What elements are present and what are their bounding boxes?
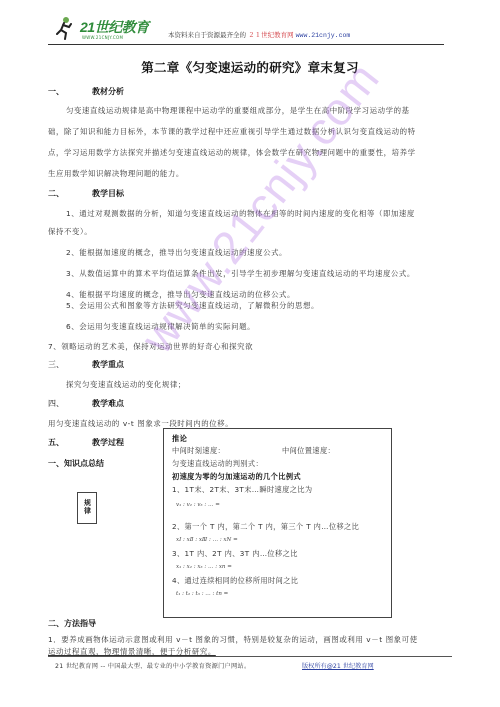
section-heading-3: 三、教学重点 [48,359,124,370]
ratio-formula: xⅠ : xⅡ : xⅢ : … : xN = [176,537,238,543]
paragraph-line: 匀变速直线运动规律是高中物理课程中运动学的重要组成部分，是学生在高中阶段学习运动… [66,105,410,116]
mid-time-velocity-label: 中间时刻速度： [172,446,225,456]
section-number: 一、 [48,86,92,97]
header-tagline: 本资料来自于资源最齐全的 ２１世纪教育网 www.21cnjy.com [168,30,350,39]
section-number: 三、 [48,359,92,370]
ratio-item-label: 3、1T 内、2T 内、3T 内…位移之比 [172,549,298,559]
section-number: 五、 [48,437,92,448]
objective-item: 6、会运用匀变速直线运动规律解决简单的实际问题。 [66,321,255,332]
section-title: 教学目标 [92,189,124,198]
section-heading-2: 二、教学目标 [48,188,124,199]
page-header: 21世纪教育 WWW.21CNJY.COM 本资料来自于资源最齐全的 ２１世纪教… [48,12,444,45]
mid-position-velocity-label: 中间位置速度： [282,446,335,456]
ratio-item-label: 4、通过连续相同的位移所用时间之比 [172,576,298,586]
objective-item: 7、领略运动的艺术美，保持对运动世界的好奇心和探究欲 [48,341,253,352]
copyright-link[interactable]: 版权所有@21 世纪教育网 [302,661,374,670]
site-logo[interactable]: 21世纪教育 WWW.21CNJY.COM [54,14,164,42]
tagline-prefix: 本资料来自于资源最齐全的 [168,31,246,39]
ratio-item-label: 1、1T末、2T末、3T末…瞬时速度之比为 [172,485,313,495]
section-title: 教学重点 [92,360,124,369]
rule-label-box: 规律 [77,492,97,524]
ratios-title: 初速度为零的匀加速运动的几个比例式 [172,472,301,482]
rule-label: 规律 [83,499,92,515]
ratio-formula: x₁ : x₂ : x₃ : … : xn = [176,564,232,570]
section-title: 教材分析 [92,87,124,96]
objective-item: 3、从数值运算中的算术平均值运算条件出发，引导学生初步理解匀变速直线运动的平均速… [66,268,415,279]
objective-item: 5、会运用公式和图象等方法研究匀变速直线运动，了解微积分的思想。 [66,300,319,311]
logo-subtitle: WWW.21CNJY.COM [82,35,123,40]
ratio-item-label: 2、第一个 T 内，第二个 T 内，第三个 T 内…位移之比 [172,522,359,532]
section-number: 二、 [48,188,92,199]
section-heading-5: 五、教学过程 [48,437,124,448]
subsection-heading-method: 二、方法指导 [48,618,96,629]
logo-text: 21世纪教育 [80,17,149,37]
objective-item: 2、能根据加速度的概念，推导出匀变速直线运动的速度公式。 [66,247,287,258]
key-point-text: 探究匀变速直线运动的变化规律； [66,379,186,390]
section-heading-4: 四、教学难点 [48,398,124,409]
page-title: 第二章《匀变速运动的研究》章末复习 [0,58,500,76]
footer-text: 21 世纪教育网 -- 中国最大型、最专业的中小学教育资源门户网站。 [55,661,251,670]
document-page: 21世纪教育 WWW.21CNJY.COM 本资料来自于资源最齐全的 ２１世纪教… [0,0,500,707]
subsection-heading-knowledge: 一、知识点总结 [48,458,104,469]
method-line: 1．要养成画物体运动示意图或利用 v－t 图象的习惯，特别是较复杂的运动，画图或… [48,634,418,645]
paragraph-line: 生应用数学知识解决物理问题的能力。 [48,168,184,179]
tagline-brand[interactable]: ２１世纪教育网 [248,31,294,39]
inference-title: 推论 [172,434,187,444]
objective-item: 1、通过对观测数据的分析，知道匀变速直线运动的物体在相等的时间内速度的变化相等（… [66,208,415,219]
footer-divider [48,656,452,657]
section-heading-1: 一、教材分析 [48,86,124,97]
section-title: 教学过程 [92,438,124,447]
ratio-formula: v₁ : v₂ : v₃ : … = [176,502,220,508]
ratio-formula: t₁ : t₂ : t₃ : … : tn = [176,591,228,597]
runner-icon [56,16,72,40]
section-number: 四、 [48,398,92,409]
objective-item: 保持不变）。 [48,226,92,237]
tagline-url[interactable]: www.21cnjy.com [296,32,351,39]
inference-box: 推论 中间时刻速度： 中间位置速度： 匀变速直线运动的判别式： 初速度为零的匀加… [163,428,392,618]
section-title: 教学难点 [92,399,124,408]
paragraph-line: 础，除了知识和能力目标外，本节课的教学过程中还应重视引导学生通过数据分析认识匀变… [48,126,416,137]
discriminant-label: 匀变速直线运动的判别式： [172,459,263,469]
objective-item: 4、能根据平均速度的概念，推导出匀变速直线运动的位移公式。 [66,289,295,300]
paragraph-line: 点，学习运用数学方法探究并描述匀变速直线运动的规律，体会数学在研究物理问题中的重… [48,147,416,158]
